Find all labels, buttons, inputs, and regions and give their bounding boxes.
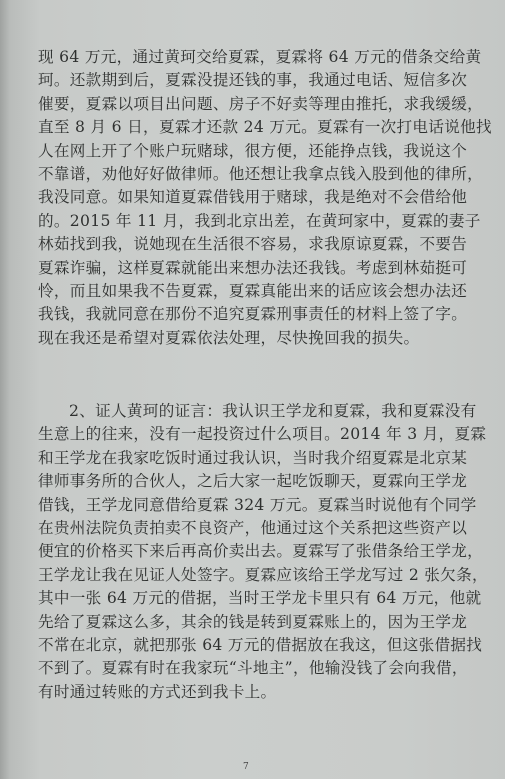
text-line: 我没同意。如果知道夏霖借钱用于赌球，我是绝对不会借给他 (38, 186, 458, 209)
text-line: 林茹找到我，说她现在生活很不容易，求我原谅夏霖，不要告 (38, 233, 458, 256)
text-line: 直至 8 月 6 日，夏霖才还款 24 万元。夏霖有一次打电话说他找 (38, 116, 458, 139)
text-line: 怜，而且如果我不告夏霖，夏霖真能出来的话应该会想办法还 (38, 280, 458, 303)
text-line: 现在我还是希望对夏霖依法处理，尽快挽回我的损失。 (38, 327, 458, 350)
text-line: 有时通过转账的方式还到我卡上。 (38, 681, 458, 704)
text-line: 先给了夏霖这么多，其余的钱是转到夏霖账上的，因为王学龙 (38, 611, 458, 634)
text-line: 不到了。夏霖有时在我家玩“斗地主”，他输没钱了会向我借， (38, 657, 458, 680)
document-page: 现 64 万元，通过黄珂交给夏霖，夏霖将 64 万元的借条交给黄 珂。还款期到后… (0, 0, 505, 779)
text-line: 不常在北京，就把那张 64 万元的借据放在我这，但这张借据找 (38, 634, 458, 657)
text-line: 我钱，我就同意在那份不追究夏霖刑事责任的材料上签了字。 (38, 303, 458, 326)
text-line: 不靠谱，劝他好好做律师。他还想让我拿点钱入股到他的律所， (38, 163, 458, 186)
text-line: 王学龙让我在见证人处签字。夏霖应该给王学龙写过 2 张欠条， (38, 564, 458, 587)
text-line: 催要，夏霖以项目出问题、房子不好卖等理由推托，求我缓缓， (38, 93, 458, 116)
text-line: 珂。还款期到后，夏霖没提还钱的事，我通过电话、短信多次 (38, 69, 458, 92)
text-line: 2、证人黄珂的证言：我认识王学龙和夏霖，我和夏霖没有 (38, 400, 458, 423)
text-line: 现 64 万元，通过黄珂交给夏霖，夏霖将 64 万元的借条交给黄 (38, 46, 458, 69)
text-line: 和王学龙在我家吃饭时通过我认识，当时我介绍夏霖是北京某 (38, 447, 458, 470)
page-number: 7 (243, 762, 249, 772)
paragraph-testimony-continued: 现 64 万元，通过黄珂交给夏霖，夏霖将 64 万元的借条交给黄 珂。还款期到后… (38, 46, 458, 350)
text-line: 律师事务所的合伙人，之后大家一起吃饭聊天，夏霖向王学龙 (38, 470, 458, 493)
text-line: 在贵州法院负责拍卖不良资产，他通过这个关系把这些资产以 (38, 517, 458, 540)
text-line: 生意上的往来，没有一起投资过什么项目。2014 年 3 月，夏霖 (38, 423, 458, 446)
text-line: 便宜的价格买下来后再高价卖出去。夏霖写了张借条给王学龙， (38, 540, 458, 563)
text-line: 其中一张 64 万元的借据，当时王学龙卡里只有 64 万元，他就 (38, 587, 458, 610)
text-line: 借钱，王学龙同意借给夏霖 324 万元。夏霖当时说他有个同学 (38, 494, 458, 517)
text-line: 的。2015 年 11 月，我到北京出差，在黄珂家中，夏霖的妻子 (38, 210, 458, 233)
text-line: 夏霖诈骗，这样夏霖就能出来想办法还我钱。考虑到林茹挺可 (38, 257, 458, 280)
text-line: 人在网上开了个账户玩赌球，很方便，还能挣点钱，我说这个 (38, 140, 458, 163)
paragraph-witness-huangke-testimony: 2、证人黄珂的证言：我认识王学龙和夏霖，我和夏霖没有 生意上的往来，没有一起投资… (38, 400, 458, 704)
